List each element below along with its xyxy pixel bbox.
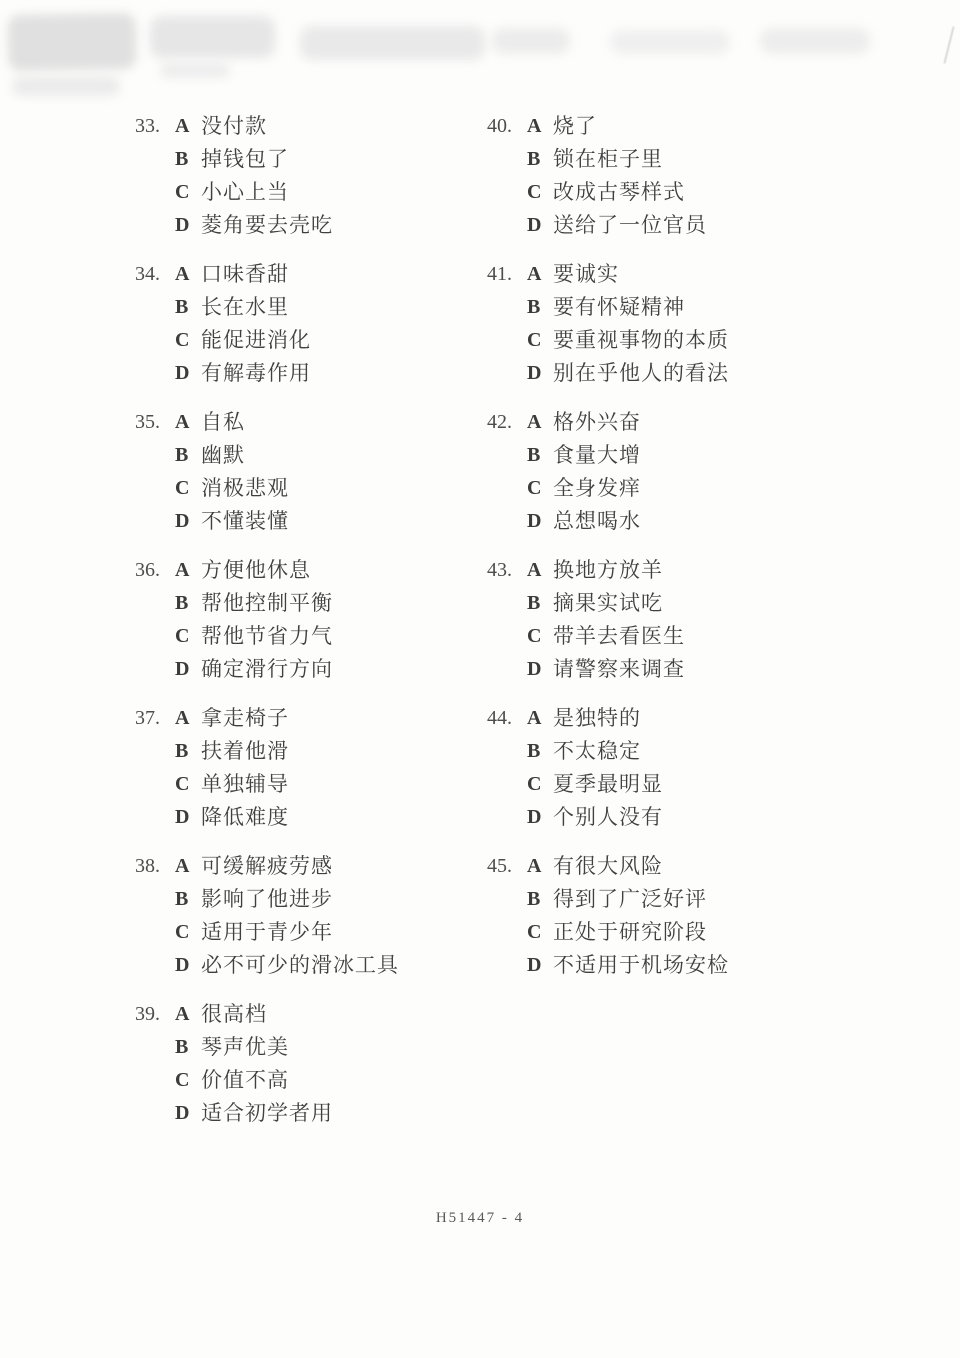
option-row: B幽默 <box>135 439 495 472</box>
option-letter: B <box>527 587 553 620</box>
exam-page: 33.A没付款B掉钱包了C小心上当D菱角要去壳吃34.A口味香甜B长在水里C能促… <box>0 0 960 1358</box>
option-letter: C <box>175 1064 201 1097</box>
option-letter: B <box>175 587 201 620</box>
option-row: B不太稳定 <box>487 735 867 768</box>
option-row: B食量大增 <box>487 439 867 472</box>
question-number-spacer <box>135 883 175 916</box>
option-row: B掉钱包了 <box>135 143 495 176</box>
question-block: 33.A没付款B掉钱包了C小心上当D菱角要去壳吃 <box>135 110 495 242</box>
question-number: 36. <box>135 554 175 587</box>
option-text: 格外兴奋 <box>553 406 867 439</box>
option-letter: B <box>527 883 553 916</box>
option-text: 得到了广泛好评 <box>553 883 867 916</box>
question-number: 45. <box>487 850 527 883</box>
option-text: 降低难度 <box>201 801 495 834</box>
option-letter: A <box>527 406 553 439</box>
option-letter: A <box>175 702 201 735</box>
question-number-spacer <box>135 735 175 768</box>
question-number-spacer <box>135 176 175 209</box>
option-letter: B <box>175 1031 201 1064</box>
question-number-spacer <box>487 883 527 916</box>
option-row: B扶着他滑 <box>135 735 495 768</box>
option-text: 影响了他进步 <box>201 883 495 916</box>
option-letter: B <box>527 143 553 176</box>
question-number-spacer <box>135 1031 175 1064</box>
question-number-spacer <box>487 176 527 209</box>
option-row: C改成古琴样式 <box>487 176 867 209</box>
option-letter: B <box>527 735 553 768</box>
option-letter: B <box>175 143 201 176</box>
option-text: 锁在柜子里 <box>553 143 867 176</box>
question-number-spacer <box>487 801 527 834</box>
question-number: 40. <box>487 110 527 143</box>
question-block: 38.A可缓解疲劳感B影响了他进步C适用于青少年D必不可少的滑冰工具 <box>135 850 495 982</box>
scan-artifact <box>12 76 120 96</box>
option-row: C夏季最明显 <box>487 768 867 801</box>
option-text: 烧了 <box>553 110 867 143</box>
option-row: C带羊去看医生 <box>487 620 867 653</box>
option-text: 幽默 <box>201 439 495 472</box>
option-row: C正处于研究阶段 <box>487 916 867 949</box>
question-block: 41.A要诚实B要有怀疑精神C要重视事物的本质D别在乎他人的看法 <box>487 258 867 390</box>
option-letter: B <box>175 291 201 324</box>
option-letter: C <box>527 472 553 505</box>
option-row: C单独辅导 <box>135 768 495 801</box>
option-text: 适合初学者用 <box>201 1097 495 1130</box>
question-number-spacer <box>135 768 175 801</box>
option-letter: D <box>527 357 553 390</box>
question-number-spacer <box>135 291 175 324</box>
option-text: 不太稳定 <box>553 735 867 768</box>
question-number-spacer <box>135 505 175 538</box>
scan-artifact <box>160 62 230 78</box>
question-number-spacer <box>135 1064 175 1097</box>
option-row: B琴声优美 <box>135 1031 495 1064</box>
option-row: D不适用于机场安检 <box>487 949 867 982</box>
option-letter: D <box>175 801 201 834</box>
option-row: 43.A换地方放羊 <box>487 554 867 587</box>
scan-artifact <box>492 28 570 54</box>
question-number: 39. <box>135 998 175 1031</box>
option-row: B要有怀疑精神 <box>487 291 867 324</box>
option-letter: B <box>175 735 201 768</box>
option-row: C要重视事物的本质 <box>487 324 867 357</box>
option-text: 不懂装懂 <box>201 505 495 538</box>
option-letter: D <box>527 949 553 982</box>
option-row: D适合初学者用 <box>135 1097 495 1130</box>
option-letter: C <box>175 176 201 209</box>
question-number-spacer <box>487 357 527 390</box>
option-text: 请警察来调查 <box>553 653 867 686</box>
option-text: 摘果实试吃 <box>553 587 867 620</box>
question-number-spacer <box>487 209 527 242</box>
question-number-spacer <box>135 620 175 653</box>
option-row: D有解毒作用 <box>135 357 495 390</box>
option-letter: A <box>175 258 201 291</box>
question-block: 35.A自私B幽默C消极悲观D不懂装懂 <box>135 406 495 538</box>
option-row: C帮他节省力气 <box>135 620 495 653</box>
question-number: 37. <box>135 702 175 735</box>
question-number-spacer <box>487 916 527 949</box>
option-row: D菱角要去壳吃 <box>135 209 495 242</box>
option-letter: A <box>175 554 201 587</box>
option-text: 可缓解疲劳感 <box>201 850 495 883</box>
option-text: 扶着他滑 <box>201 735 495 768</box>
option-letter: C <box>527 916 553 949</box>
option-letter: C <box>527 176 553 209</box>
question-block: 39.A很高档B琴声优美C价值不高D适合初学者用 <box>135 998 495 1130</box>
question-number-spacer <box>487 291 527 324</box>
option-text: 带羊去看医生 <box>553 620 867 653</box>
option-letter: D <box>175 949 201 982</box>
question-number-spacer <box>487 472 527 505</box>
option-text: 送给了一位官员 <box>553 209 867 242</box>
question-block: 45.A有很大风险B得到了广泛好评C正处于研究阶段D不适用于机场安检 <box>487 850 867 982</box>
option-row: 35.A自私 <box>135 406 495 439</box>
question-number-spacer <box>487 653 527 686</box>
question-number-spacer <box>487 587 527 620</box>
scan-artifact <box>8 13 137 71</box>
question-number: 41. <box>487 258 527 291</box>
option-row: C消极悲观 <box>135 472 495 505</box>
option-text: 有很大风险 <box>553 850 867 883</box>
question-block: 34.A口味香甜B长在水里C能促进消化D有解毒作用 <box>135 258 495 390</box>
question-number-spacer <box>135 801 175 834</box>
option-text: 总想喝水 <box>553 505 867 538</box>
option-letter: C <box>527 620 553 653</box>
option-row: B影响了他进步 <box>135 883 495 916</box>
option-row: C全身发痒 <box>487 472 867 505</box>
question-number-spacer <box>135 916 175 949</box>
question-number-spacer <box>135 439 175 472</box>
option-letter: A <box>175 406 201 439</box>
option-row: D不懂装懂 <box>135 505 495 538</box>
question-block: 40.A烧了B锁在柜子里C改成古琴样式D送给了一位官员 <box>487 110 867 242</box>
option-letter: A <box>175 850 201 883</box>
option-row: C能促进消化 <box>135 324 495 357</box>
option-letter: C <box>527 324 553 357</box>
question-number: 33. <box>135 110 175 143</box>
option-letter: D <box>527 505 553 538</box>
question-number: 38. <box>135 850 175 883</box>
option-text: 换地方放羊 <box>553 554 867 587</box>
question-number-spacer <box>487 620 527 653</box>
option-text: 帮他节省力气 <box>201 620 495 653</box>
option-text: 消极悲观 <box>201 472 495 505</box>
option-text: 不适用于机场安检 <box>553 949 867 982</box>
option-text: 方便他休息 <box>201 554 495 587</box>
question-number-spacer <box>487 768 527 801</box>
option-row: 33.A没付款 <box>135 110 495 143</box>
option-letter: D <box>175 209 201 242</box>
option-text: 帮他控制平衡 <box>201 587 495 620</box>
option-row: 34.A口味香甜 <box>135 258 495 291</box>
option-letter: A <box>175 998 201 1031</box>
question-block: 36.A方便他休息B帮他控制平衡C帮他节省力气D确定滑行方向 <box>135 554 495 686</box>
question-number-spacer <box>135 949 175 982</box>
option-text: 全身发痒 <box>553 472 867 505</box>
option-row: 38.A可缓解疲劳感 <box>135 850 495 883</box>
option-row: 37.A拿走椅子 <box>135 702 495 735</box>
option-row: C适用于青少年 <box>135 916 495 949</box>
option-row: D必不可少的滑冰工具 <box>135 949 495 982</box>
option-row: 39.A很高档 <box>135 998 495 1031</box>
option-letter: A <box>527 850 553 883</box>
question-number: 43. <box>487 554 527 587</box>
option-row: D送给了一位官员 <box>487 209 867 242</box>
option-row: D个别人没有 <box>487 801 867 834</box>
option-letter: C <box>175 472 201 505</box>
option-text: 价值不高 <box>201 1064 495 1097</box>
option-row: 41.A要诚实 <box>487 258 867 291</box>
option-letter: B <box>527 291 553 324</box>
option-text: 拿走椅子 <box>201 702 495 735</box>
option-letter: C <box>175 324 201 357</box>
option-text: 很高档 <box>201 998 495 1031</box>
option-text: 没付款 <box>201 110 495 143</box>
option-letter: B <box>175 439 201 472</box>
option-letter: B <box>527 439 553 472</box>
question-block: 43.A换地方放羊B摘果实试吃C带羊去看医生D请警察来调查 <box>487 554 867 686</box>
option-letter: D <box>175 357 201 390</box>
option-letter: D <box>175 1097 201 1130</box>
option-text: 别在乎他人的看法 <box>553 357 867 390</box>
option-text: 要重视事物的本质 <box>553 324 867 357</box>
option-text: 确定滑行方向 <box>201 653 495 686</box>
option-text: 正处于研究阶段 <box>553 916 867 949</box>
scan-artifact <box>300 26 485 60</box>
option-letter: A <box>175 110 201 143</box>
question-number: 44. <box>487 702 527 735</box>
scan-artifact <box>943 26 954 63</box>
option-letter: A <box>527 702 553 735</box>
option-text: 要有怀疑精神 <box>553 291 867 324</box>
option-text: 长在水里 <box>201 291 495 324</box>
option-row: C小心上当 <box>135 176 495 209</box>
question-block: 37.A拿走椅子B扶着他滑C单独辅导D降低难度 <box>135 702 495 834</box>
option-row: 42.A格外兴奋 <box>487 406 867 439</box>
question-number-spacer <box>135 209 175 242</box>
question-number-spacer <box>487 439 527 472</box>
option-text: 个别人没有 <box>553 801 867 834</box>
question-number-spacer <box>135 324 175 357</box>
question-number-spacer <box>487 949 527 982</box>
question-number-spacer <box>135 653 175 686</box>
option-text: 琴声优美 <box>201 1031 495 1064</box>
option-letter: C <box>175 916 201 949</box>
question-number-spacer <box>135 587 175 620</box>
option-row: 40.A烧了 <box>487 110 867 143</box>
option-text: 是独特的 <box>553 702 867 735</box>
option-text: 改成古琴样式 <box>553 176 867 209</box>
question-block: 44.A是独特的B不太稳定C夏季最明显D个别人没有 <box>487 702 867 834</box>
question-number-spacer <box>487 324 527 357</box>
option-text: 掉钱包了 <box>201 143 495 176</box>
option-text: 夏季最明显 <box>553 768 867 801</box>
option-row: D总想喝水 <box>487 505 867 538</box>
question-number-spacer <box>135 143 175 176</box>
option-letter: C <box>175 768 201 801</box>
option-row: D确定滑行方向 <box>135 653 495 686</box>
option-letter: A <box>527 554 553 587</box>
question-number-spacer <box>135 472 175 505</box>
option-row: B得到了广泛好评 <box>487 883 867 916</box>
option-letter: A <box>527 110 553 143</box>
option-letter: D <box>175 653 201 686</box>
option-row: B摘果实试吃 <box>487 587 867 620</box>
option-text: 自私 <box>201 406 495 439</box>
scan-artifact <box>760 28 870 54</box>
option-row: B长在水里 <box>135 291 495 324</box>
option-text: 口味香甜 <box>201 258 495 291</box>
question-number-spacer <box>487 143 527 176</box>
option-row: B锁在柜子里 <box>487 143 867 176</box>
question-number: 34. <box>135 258 175 291</box>
option-row: D降低难度 <box>135 801 495 834</box>
option-letter: D <box>527 653 553 686</box>
option-text: 食量大增 <box>553 439 867 472</box>
question-block: 42.A格外兴奋B食量大增C全身发痒D总想喝水 <box>487 406 867 538</box>
option-row: D别在乎他人的看法 <box>487 357 867 390</box>
option-text: 小心上当 <box>201 176 495 209</box>
option-row: D请警察来调查 <box>487 653 867 686</box>
option-row: 45.A有很大风险 <box>487 850 867 883</box>
option-letter: B <box>175 883 201 916</box>
option-text: 有解毒作用 <box>201 357 495 390</box>
option-text: 能促进消化 <box>201 324 495 357</box>
option-text: 单独辅导 <box>201 768 495 801</box>
page-footer: H51447 - 4 <box>0 1210 960 1227</box>
question-number-spacer <box>487 505 527 538</box>
option-row: C价值不高 <box>135 1064 495 1097</box>
option-letter: A <box>527 258 553 291</box>
question-number: 42. <box>487 406 527 439</box>
option-text: 要诚实 <box>553 258 867 291</box>
option-text: 菱角要去壳吃 <box>201 209 495 242</box>
option-letter: D <box>175 505 201 538</box>
option-letter: D <box>527 801 553 834</box>
question-number-spacer <box>135 1097 175 1130</box>
option-text: 适用于青少年 <box>201 916 495 949</box>
option-text: 必不可少的滑冰工具 <box>201 949 495 982</box>
scan-artifact <box>150 16 275 58</box>
option-row: 36.A方便他休息 <box>135 554 495 587</box>
question-number: 35. <box>135 406 175 439</box>
option-letter: C <box>527 768 553 801</box>
questions-column-right: 40.A烧了B锁在柜子里C改成古琴样式D送给了一位官员41.A要诚实B要有怀疑精… <box>487 110 867 998</box>
questions-column-left: 33.A没付款B掉钱包了C小心上当D菱角要去壳吃34.A口味香甜B长在水里C能促… <box>135 110 495 1146</box>
option-row: 44.A是独特的 <box>487 702 867 735</box>
scan-artifact <box>610 30 730 54</box>
option-row: B帮他控制平衡 <box>135 587 495 620</box>
question-number-spacer <box>487 735 527 768</box>
option-letter: D <box>527 209 553 242</box>
option-letter: C <box>175 620 201 653</box>
question-number-spacer <box>135 357 175 390</box>
